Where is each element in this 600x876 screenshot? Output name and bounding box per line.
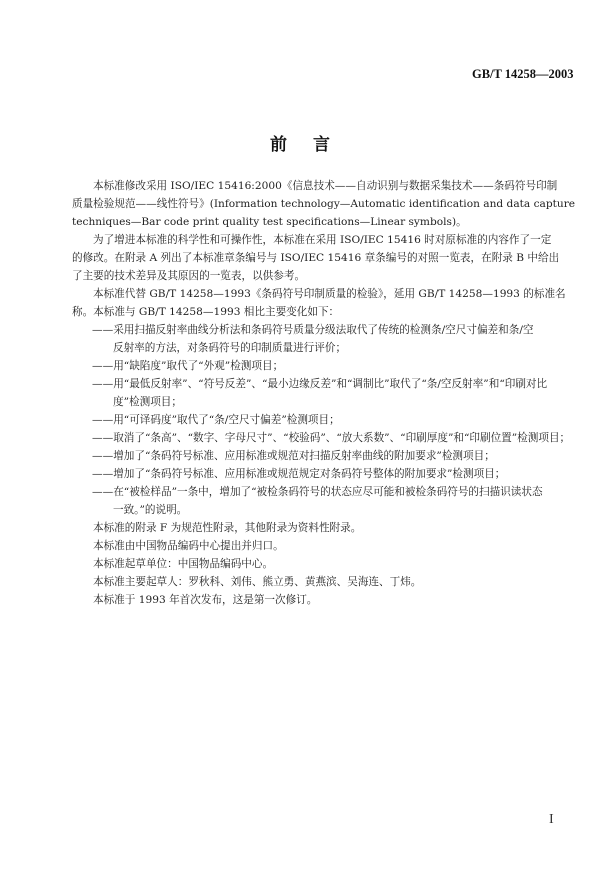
change-item-4: ——用“可译码度”取代了“条/空尺寸偏差”检测项目； xyxy=(72,411,542,429)
paragraph-1-line-2: 质量检验规范——线性符号》(Information technology—Aut… xyxy=(72,195,542,213)
change-item-5: ——取消了“条高”、“数字、字母尺寸”、“校验码”、“放大系数”、“印刷厚度”和… xyxy=(72,429,542,447)
closing-line-1: 本标准的附录 F 为规范性附录，其他附录为资料性附录。 xyxy=(72,519,542,537)
paragraph-1-line-1: 本标准修改采用 ISO/IEC 15416:2000《信息技术——自动识别与数据… xyxy=(72,177,542,195)
paragraph-2-line-3: 了主要的技术差异及其原因的一览表，以供参考。 xyxy=(72,267,542,285)
standard-number: GB/T 14258—2003 xyxy=(472,67,574,82)
foreword-body: 本标准修改采用 ISO/IEC 15416:2000《信息技术——自动识别与数据… xyxy=(72,177,542,609)
change-item-6: ——增加了“条码符号标准、应用标准或规范对扫描反射率曲线的附加要求”检测项目； xyxy=(72,447,542,465)
change-item-3-cont: 度”检测项目； xyxy=(72,393,542,411)
paragraph-1-line-3: techniques—Bar code print quality test s… xyxy=(72,213,542,231)
closing-line-4: 本标准主要起草人：罗秋科、刘伟、熊立勇、黄燕滨、吴海连、丁炜。 xyxy=(72,573,542,591)
page-number: I xyxy=(549,812,554,828)
change-item-8: ——在“被检样品”一条中，增加了“被检条码符号的状态应尽可能和被检条码符号的扫描… xyxy=(72,483,542,501)
closing-line-5: 本标准于 1993 年首次发布，这是第一次修订。 xyxy=(72,591,542,609)
change-item-7: ——增加了“条码符号标准、应用标准或规范规定对条码符号整体的附加要求”检测项目； xyxy=(72,465,542,483)
closing-line-3: 本标准起草单位：中国物品编码中心。 xyxy=(72,555,542,573)
change-item-1-cont: 反射率的方法，对条码符号的印制质量进行评价； xyxy=(72,339,542,357)
change-item-2: ——用“缺陷度”取代了“外观”检测项目； xyxy=(72,357,542,375)
closing-line-2: 本标准由中国物品编码中心提出并归口。 xyxy=(72,537,542,555)
paragraph-3-line-1: 本标准代替 GB/T 14258—1993《条码符号印制质量的检验》，延用 GB… xyxy=(72,285,542,303)
paragraph-3-line-2: 称。本标准与 GB/T 14258—1993 相比主要变化如下： xyxy=(72,303,542,321)
change-item-1: ——采用扫描反射率曲线分析法和条码符号质量分级法取代了传统的检测条/空尺寸偏差和… xyxy=(72,321,542,339)
change-item-8-cont: 一致。”的说明。 xyxy=(72,501,542,519)
change-item-3: ——用“最低反射率”、“符号反差”、“最小边缘反差”和“调制比”取代了“条/空反… xyxy=(72,375,542,393)
paragraph-2-line-2: 的修改。在附录 A 列出了本标准章条编号与 ISO/IEC 15416 章条编号… xyxy=(72,249,542,267)
paragraph-2-line-1: 为了增进本标准的科学性和可操作性，本标准在采用 ISO/IEC 15416 时对… xyxy=(72,231,542,249)
page-title: 前言 xyxy=(0,130,600,155)
